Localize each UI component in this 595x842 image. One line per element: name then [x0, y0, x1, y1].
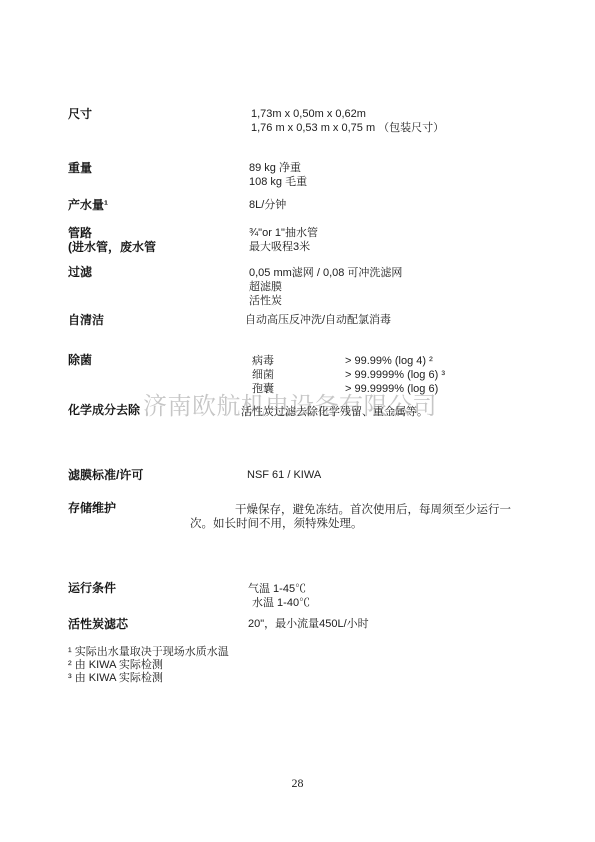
weight-line-2: 108 kg 毛重 [249, 176, 307, 190]
filtration-line-3: 活性炭 [249, 294, 402, 308]
filtration-value: 0,05 mm滤网 / 0,08 可冲洗滤网 超滤膜 活性炭 [249, 266, 402, 308]
carbon-filter-value: 20"，最小流量450L/小时 [248, 618, 369, 632]
carbon-filter-label: 活性炭滤芯 [68, 618, 128, 632]
membrane-standard-label: 滤膜标准/许可 [68, 469, 143, 483]
piping-value: ¾"or 1"抽水管 最大吸程3米 [249, 227, 318, 254]
sterilization-rate: > 99.99% (log 4) ² [345, 355, 433, 367]
piping-label-line-1: 管路 [68, 227, 156, 241]
storage-value: 干燥保存，避免冻结。首次使用后，每周须至少运行一次。如长时间不用，须特殊处理。 [190, 503, 526, 531]
operating-conditions-value: 气温 1-45℃ 水温 1-40℃ [248, 582, 310, 610]
dimensions-value: 1,73m x 0,50m x 0,62m 1,76 m x 0,53 m x … [251, 108, 444, 135]
output-value: 8L/分钟 [249, 199, 286, 213]
output-label: 产水量¹ [68, 199, 108, 213]
membrane-standard-value: NSF 61 / KIWA [247, 469, 321, 483]
operating-line-2: 水温 1-40℃ [248, 596, 310, 610]
page-number: 28 [0, 776, 595, 791]
footnote-2: ² 由 KIWA 实际检测 [68, 659, 163, 672]
self-cleaning-label: 自清洁 [68, 314, 104, 328]
filtration-line-1: 0,05 mm滤网 / 0,08 可冲洗滤网 [249, 266, 402, 280]
operating-line-1: 气温 1-45℃ [248, 582, 310, 596]
operating-conditions-label: 运行条件 [68, 582, 116, 596]
dimensions-line-1: 1,73m x 0,50m x 0,62m [251, 108, 444, 122]
dimensions-line-2: 1,76 m x 0,53 m x 0,75 m （包装尺寸） [251, 122, 444, 136]
footnote-3: ³ 由 KIWA 实际检测 [68, 672, 163, 685]
dimensions-label: 尺寸 [68, 108, 92, 122]
sterilization-rate: > 99.9999% (log 6) ³ [345, 369, 445, 381]
sterilization-organism: 病毒 [252, 354, 345, 368]
chemical-removal-label: 化学成分去除 [68, 404, 140, 418]
sterilization-table: 病毒> 99.99% (log 4) ² 细菌> 99.9999% (log 6… [252, 354, 445, 396]
filtration-label: 过滤 [68, 266, 92, 280]
footnote-1: ¹ 实际出水量取决于现场水质水温 [68, 646, 229, 659]
piping-label: 管路 (进水管，废水管 [68, 227, 156, 254]
sterilization-label: 除菌 [68, 354, 92, 368]
sterilization-organism: 细菌 [252, 368, 345, 382]
document-page: 济南欧航机电设备有限公司 尺寸 1,73m x 0,50m x 0,62m 1,… [0, 0, 595, 842]
sterilization-organism: 孢囊 [252, 382, 345, 396]
piping-label-line-2: (进水管，废水管 [68, 241, 156, 255]
sterilization-row: 孢囊> 99.9999% (log 6) [252, 382, 445, 396]
weight-value: 89 kg 净重 108 kg 毛重 [249, 162, 307, 189]
sterilization-row: 病毒> 99.99% (log 4) ² [252, 354, 445, 368]
sterilization-rate: > 99.9999% (log 6) [345, 383, 438, 395]
sterilization-row: 细菌> 99.9999% (log 6) ³ [252, 368, 445, 382]
filtration-line-2: 超滤膜 [249, 280, 402, 294]
weight-label: 重量 [68, 162, 92, 176]
piping-line-2: 最大吸程3米 [249, 241, 318, 255]
piping-line-1: ¾"or 1"抽水管 [249, 227, 318, 241]
self-cleaning-value: 自动高压反冲洗/自动配氯消毒 [245, 314, 391, 328]
storage-label: 存储维护 [68, 502, 116, 516]
weight-line-1: 89 kg 净重 [249, 162, 307, 176]
chemical-removal-value: 活性炭过滤去除化学残留、重金属等。 [241, 406, 428, 420]
